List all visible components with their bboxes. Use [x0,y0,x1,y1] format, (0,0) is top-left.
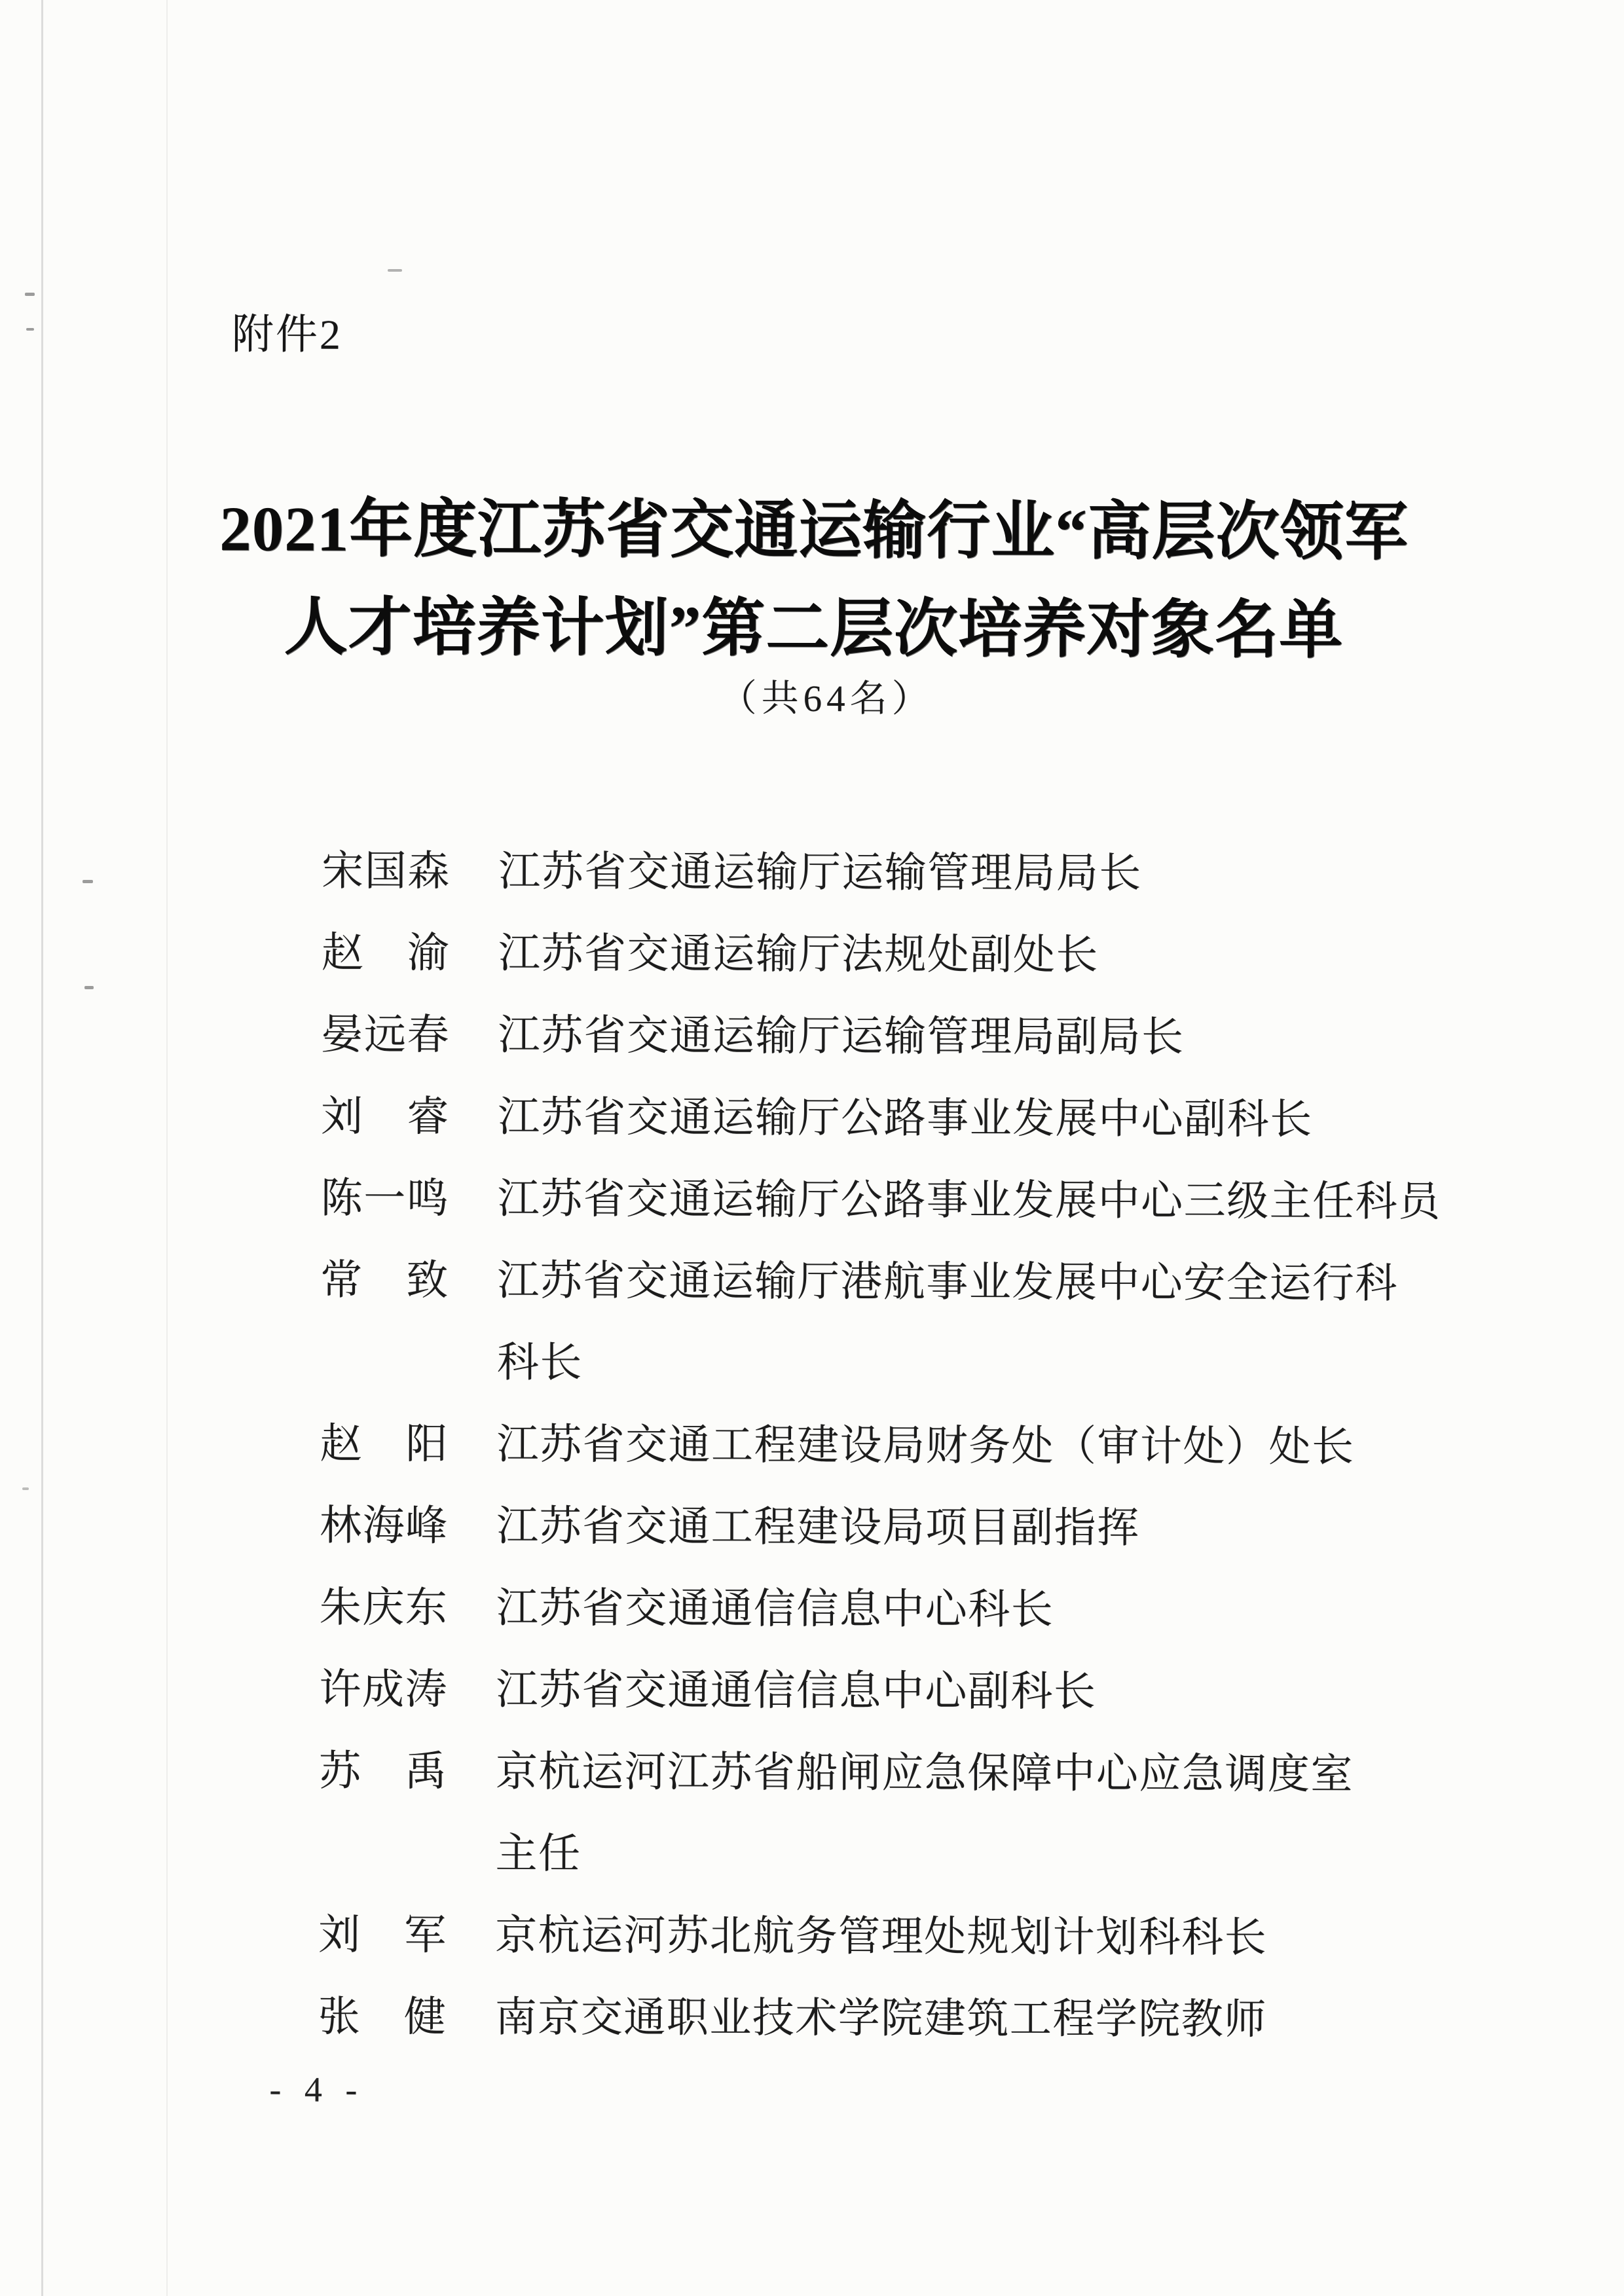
list-item: 晏远春江苏省交通运输厅运输管理局副局长 [321,994,1473,1080]
list-item: 许成涛江苏省交通通信信息中心副科长 [319,1649,1471,1734]
list-item: 朱庆东江苏省交通通信信息中心科长 [320,1567,1472,1652]
person-position: 江苏省交通通信信息中心科长 [496,1567,1054,1650]
person-name: 赵 阳 [320,1403,451,1485]
list-item: 宋国森江苏省交通运输厅运输管理局局长 [322,830,1474,916]
person-position: 江苏省交通运输厅运输管理局副局长 [498,994,1184,1078]
personnel-list: 宋国森江苏省交通运输厅运输管理局局长赵 渝江苏省交通运输厅法规处副处长晏远春江苏… [318,830,1475,2062]
person-name: 许成涛 [319,1649,450,1731]
document-title-line-1: 2021年度江苏省交通运输行业“高层次领军 [2,479,1624,583]
person-position: 京杭运河江苏省船闸应急保障中心应急调度室主任 [495,1730,1354,1897]
list-item: 赵 阳江苏省交通工程建设局财务处（审计处）处长 [320,1403,1472,1489]
total-count-subtitle: （共64名） [14,677,1624,721]
position-line: 江苏省交通通信信息中心副科长 [496,1649,1096,1732]
position-line: 江苏省交通运输厅运输管理局局长 [498,830,1142,914]
position-line: 江苏省交通工程建设局项目副指挥 [496,1485,1140,1569]
person-name: 朱庆东 [320,1567,451,1649]
person-name: 宋国森 [322,830,452,913]
document-content: 附件2 2021年度江苏省交通运输行业“高层次领军 人才培养计划”第二层次培养对… [0,0,1624,2296]
position-line: 江苏省交通运输厅公路事业发展中心副科长 [498,1076,1313,1160]
position-line: 科长 [497,1321,1398,1406]
page-number: - 4 - [269,2071,364,2107]
list-item: 刘 军京杭运河苏北航务管理处规划计划科科长 [318,1894,1471,1980]
position-line: 京杭运河江苏省船闸应急保障中心应急调度室 [496,1730,1354,1815]
person-name: 赵 渝 [322,912,452,994]
person-position: 江苏省交通运输厅法规处副处长 [498,912,1099,996]
person-position: 京杭运河苏北航务管理处规划计划科科长 [495,1894,1267,1978]
document-title: 2021年度江苏省交通运输行业“高层次领军 人才培养计划”第二层次培养对象名单 [1,479,1624,681]
person-name: 苏 禹 [319,1730,450,1813]
person-name: 常 致 [320,1239,451,1322]
person-position: 江苏省交通工程建设局财务处（审计处）处长 [496,1403,1354,1487]
position-line: 南京交通职业技术学院建筑工程学院教师 [495,1976,1267,2060]
list-item: 赵 渝江苏省交通运输厅法规处副处长 [322,912,1474,998]
person-position: 江苏省交通运输厅公路事业发展中心副科长 [498,1076,1313,1160]
person-name: 陈一鸣 [321,1157,452,1240]
position-line: 江苏省交通运输厅运输管理局副局长 [498,994,1184,1078]
position-line: 江苏省交通运输厅公路事业发展中心三级主任科员 [498,1157,1441,1243]
person-name: 张 健 [318,1976,449,2058]
list-item: 陈一鸣江苏省交通运输厅公路事业发展中心三级主任科员 [321,1157,1473,1243]
list-item: 苏 禹京杭运河江苏省船闸应急保障中心应急调度室主任 [318,1730,1471,1898]
position-line: 京杭运河苏北航务管理处规划计划科科长 [495,1894,1267,1978]
list-item: 张 健南京交通职业技术学院建筑工程学院教师 [318,1976,1471,2062]
position-line: 江苏省交通运输厅港航事业发展中心安全运行科 [497,1239,1398,1324]
attachment-label: 附件2 [232,314,342,356]
person-position: 江苏省交通运输厅港航事业发展中心安全运行科科长 [497,1239,1398,1406]
person-name: 林海峰 [320,1485,451,1567]
person-position: 江苏省交通通信信息中心副科长 [496,1649,1096,1732]
position-line: 江苏省交通工程建设局财务处（审计处）处长 [496,1403,1354,1487]
position-line: 江苏省交通运输厅法规处副处长 [498,912,1099,996]
person-name: 刘 军 [318,1894,449,1977]
position-line: 主任 [495,1812,1353,1897]
person-position: 江苏省交通运输厅运输管理局局长 [498,830,1142,914]
position-line: 江苏省交通通信信息中心科长 [496,1567,1054,1650]
person-name: 晏远春 [321,994,452,1076]
person-position: 江苏省交通运输厅公路事业发展中心三级主任科员 [498,1157,1441,1243]
person-position: 南京交通职业技术学院建筑工程学院教师 [495,1976,1267,2060]
list-item: 常 致江苏省交通运输厅港航事业发展中心安全运行科科长 [320,1239,1473,1407]
list-item: 林海峰江苏省交通工程建设局项目副指挥 [320,1485,1472,1571]
person-position: 江苏省交通工程建设局项目副指挥 [496,1485,1140,1569]
document-page: 附件2 2021年度江苏省交通运输行业“高层次领军 人才培养计划”第二层次培养对… [0,0,1624,2296]
list-item: 刘 睿江苏省交通运输厅公路事业发展中心副科长 [321,1076,1473,1161]
person-name: 刘 睿 [321,1076,452,1158]
document-title-line-2: 人才培养计划”第二层次培养对象名单 [1,577,1624,681]
